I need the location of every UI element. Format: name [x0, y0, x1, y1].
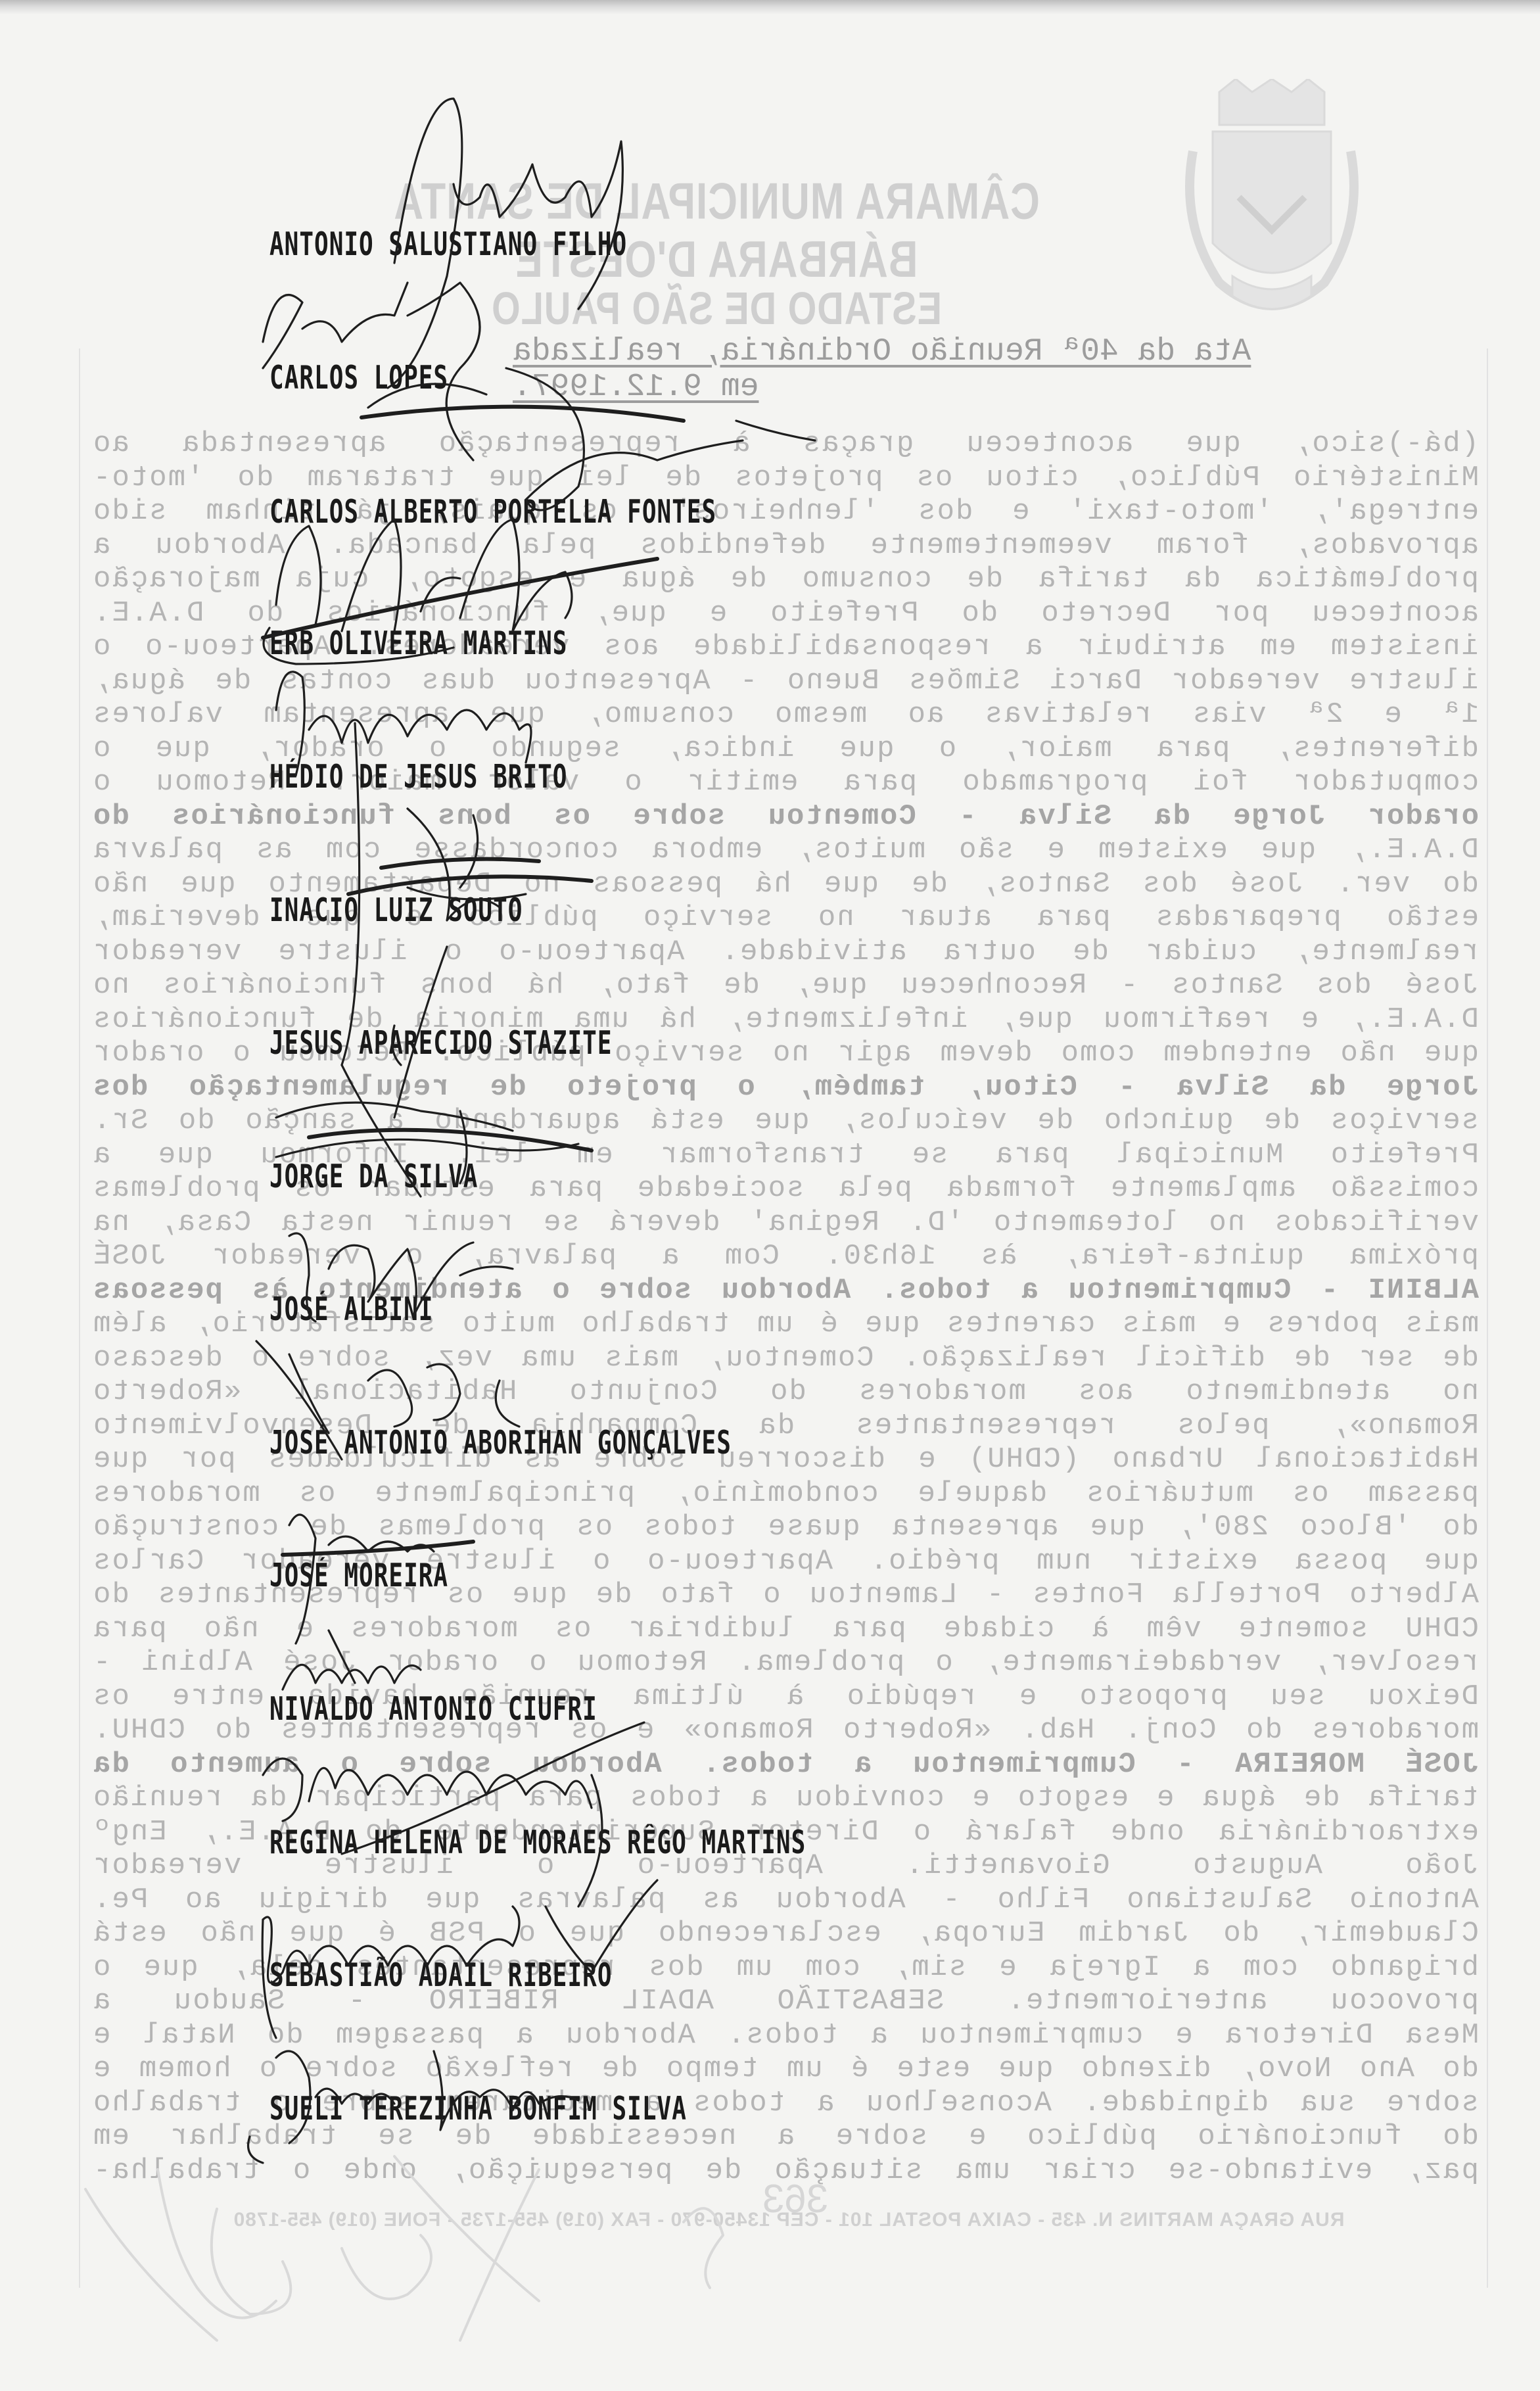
bleed-through-line: próxima quinta-feira, às 16h30. Com a pa… — [92, 1240, 1479, 1274]
signatory-name: JOSÉ MOREIRA — [269, 1558, 448, 1594]
coat-of-arms-icon — [1173, 79, 1370, 335]
signatory-name: HÉDIO DE JESUS BRITO — [269, 759, 567, 795]
bleed-through-line: do 'Bloco 280', que apresenta quase todo… — [92, 1511, 1479, 1545]
bleed-through-line: orador Jorge da Silva - Comentou sobre o… — [92, 800, 1479, 834]
bleed-through-line: Antonio Salustiano Filho - Abordou as pa… — [92, 1883, 1479, 1918]
signatory-name: CARLOS LOPES — [269, 360, 448, 396]
right-margin-line — [1487, 348, 1488, 2288]
signatory-name: ANTONIO SALUSTIANO FILHO — [269, 227, 627, 263]
bleed-through-line: Mesa Diretora e cumprimentou a todos. Ab… — [92, 2019, 1479, 2053]
bleed-through-line: aprovados, foram veementemente defendido… — [92, 529, 1479, 563]
signatory-name: JESUS APARECIDO STAZITE — [269, 1026, 613, 1062]
signatory-name: CARLOS ALBERTO PORTELLA FONTES — [269, 494, 716, 531]
bleed-through-line: problemática da tarifa de consumo de águ… — [92, 563, 1479, 597]
bleed-through-line: ilustre vereador Darci Simões Bueno - Ap… — [92, 665, 1479, 699]
signatory-name: NIVALDO ANTONIO CIUFRI — [269, 1692, 597, 1728]
bleed-through-line: do Ano Novo, dizendo que este é um tempo… — [92, 2052, 1479, 2087]
signatory-name: JOSÉ ANTONIO ABORIHAN GONÇALVES — [269, 1425, 732, 1461]
bleed-through-line: resolver, verdadeiramente, o problema. R… — [92, 1646, 1479, 1680]
bleed-through-line: serviços de guincho de veículos, que est… — [92, 1104, 1479, 1139]
signature-portella-fontes — [362, 407, 684, 421]
signatory-name: JOSÉ ALBINI — [269, 1292, 433, 1328]
signatory-name: SEBASTIÃO ADAIL RIBEIRO — [269, 1958, 613, 1994]
letterhead-state-name: ESTADO DE SÃO PAULO — [315, 281, 1117, 335]
signatory-name: ERB OLIVEIRA MARTINS — [269, 626, 567, 662]
bleed-through-line: tarifa de água e esgoto e convidou a tod… — [92, 1782, 1479, 1816]
bleed-through-line: passam os mutuários daquele condomínio, … — [92, 1477, 1479, 1511]
signatory-name: SUELI TEREZINHA BONFIM SILVA — [269, 2091, 687, 2127]
bleed-through-line: Ministério Público, citou os projetos de… — [92, 462, 1479, 496]
bleed-through-line: realmente, cuidar de outra atividade. Ap… — [92, 935, 1479, 970]
scanned-page: CÂMARA MUNICIPAL DE SANTA BÁRBARA D'OEST… — [0, 0, 1540, 2391]
bleed-through-line: verificados no loteamento 'D. Regina' de… — [92, 1206, 1479, 1241]
bleed-through-line: 1ª e 2ª vias relativas ao mesmo consumo,… — [92, 698, 1479, 732]
bleed-through-minutes-title: Ata da 40ª Reunião Ordinária, realizada … — [513, 334, 1301, 405]
bleed-through-line: D.A.E., que existem e são muitos, embora… — [92, 834, 1479, 868]
bleed-through-line: (bá-)sico, que aconteceu graças à repres… — [92, 427, 1479, 462]
signatory-name: INACIO LUIZ SOUTO — [269, 893, 523, 929]
bleed-through-line: José dos Santos - Reconheceu que, de fat… — [92, 969, 1479, 1003]
signatory-name: REGINA HELENA DE MORAES RÊGO MARTINS — [269, 1825, 806, 1861]
bleed-through-footer-address: RUA GRAÇA MARTINS N. 435 - CAIXA POSTAL … — [72, 2209, 1505, 2231]
bleed-through-line: JOSÉ MOREIRA - Cumprimentou a todos. Abo… — [92, 1748, 1479, 1782]
bleed-through-line: CDHU somente vêm à cidade para ludibriar… — [92, 1613, 1479, 1647]
bleed-through-line: Claudemir, do Jardim Europa, esclarecend… — [92, 1917, 1479, 1951]
signatory-name: JORGE DA SILVA — [269, 1159, 478, 1195]
bleed-through-line: Jorge da Silva - Citou, também, o projet… — [92, 1071, 1479, 1105]
bleed-through-line: no atendimento aos moradores do Conjunto… — [92, 1375, 1479, 1409]
left-margin-line — [79, 348, 80, 2288]
bleed-through-line: de ser de difícil realização. Comentou, … — [92, 1342, 1479, 1376]
